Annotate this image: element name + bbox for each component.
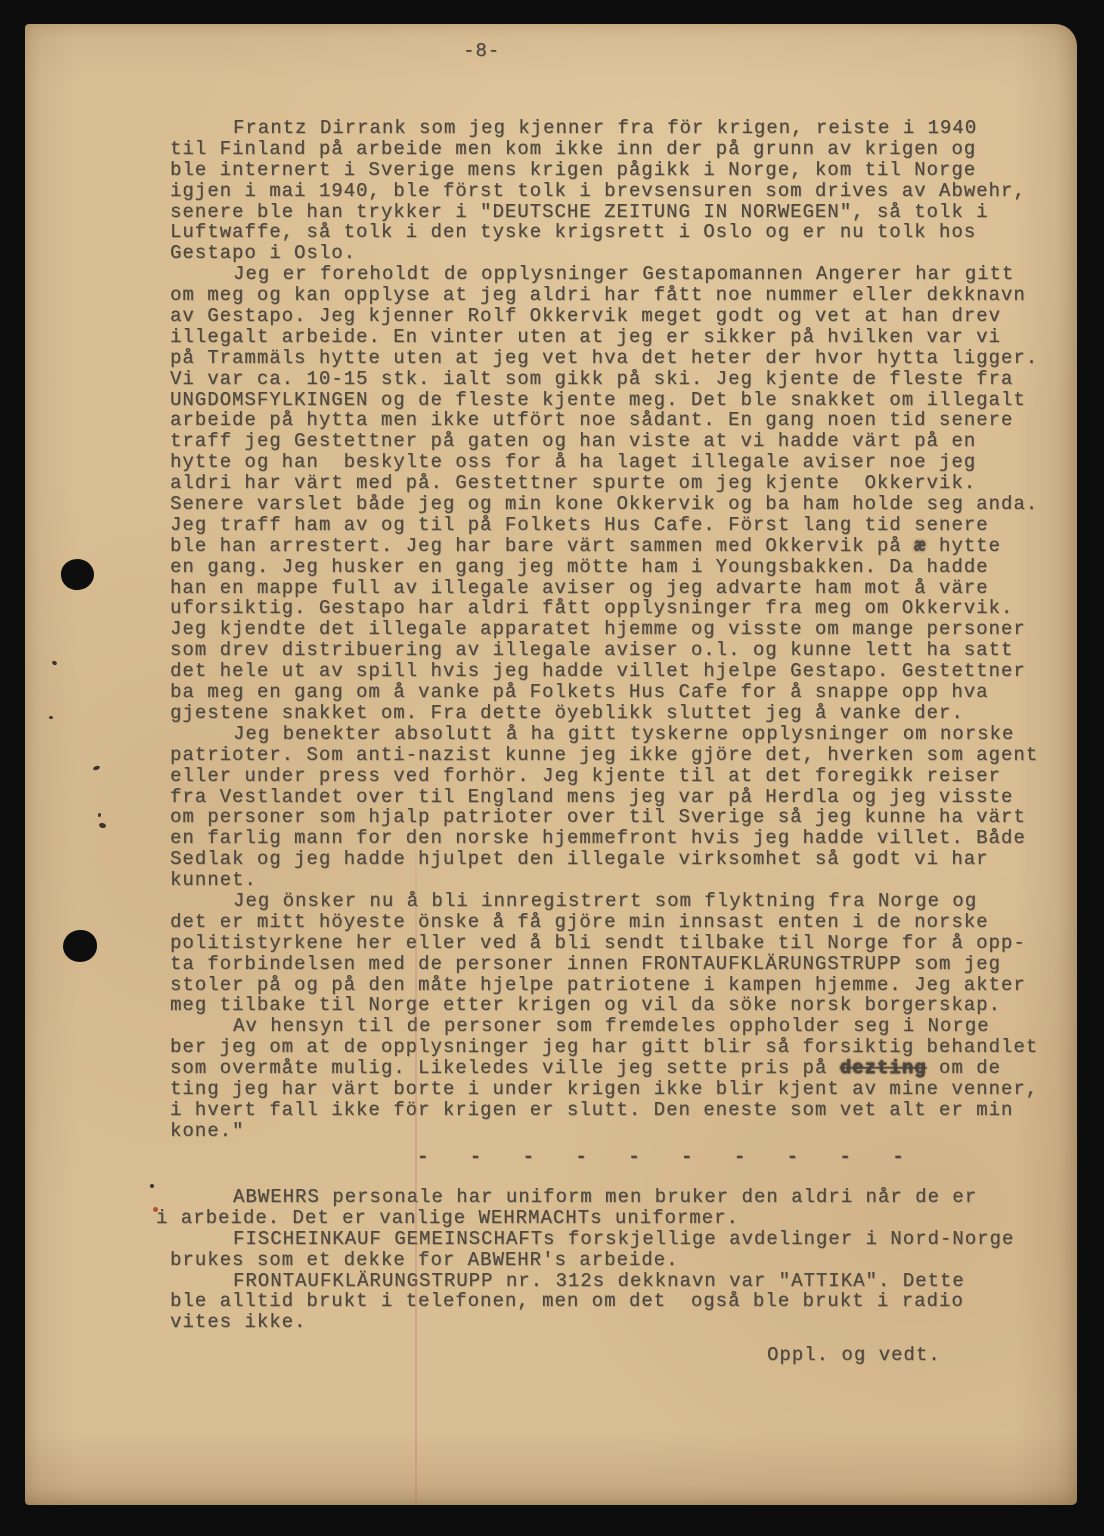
text-line: Luftwaffe, så tolk i den tyske krigsrett… <box>170 222 1038 243</box>
text-line: det hele ut av spill hvis jeg hadde vill… <box>170 661 1038 682</box>
hole-punch-bottom <box>63 930 97 962</box>
text-line: som overmåte mulig. Likeledes ville jeg … <box>170 1058 1038 1079</box>
notes-text: ABWEHRS personale har uniform men bruker… <box>170 1187 1014 1333</box>
text-line: i hvert fall ikke för krigen er slutt. D… <box>170 1100 1038 1121</box>
text-line: kunnet. <box>170 870 1038 891</box>
text-line: Jeg er foreholdt de opplysninger Gestapo… <box>170 264 1038 285</box>
text-line: illegalt arbeide. En vinter uten at jeg … <box>170 327 1038 348</box>
text-line: Gestapo i Oslo. <box>170 243 1038 264</box>
page-number: -8- <box>463 40 500 62</box>
text-line: det er mitt höyeste önske å få gjöre min… <box>170 912 1038 933</box>
text-line: om personer som hjalp patrioter over til… <box>170 807 1038 828</box>
text-line: fra Vestlandet over til England mens jeg… <box>170 787 1038 808</box>
text-line: i arbeide. Det er vanlige WEHRMACHTs uni… <box>156 1208 1014 1229</box>
scanned-document-view: { "page": { "number_label": "-8-", "sepa… <box>0 0 1104 1536</box>
text-line: ber jeg om at de opplysninger jeg har gi… <box>170 1037 1038 1058</box>
ink-speck <box>98 822 106 829</box>
ink-speck <box>93 765 101 771</box>
text-line: traff jeg Gestettner på gaten og han vis… <box>170 431 1038 452</box>
separator-dashes: - - - - - - - - - - <box>417 1146 906 1168</box>
overtyped-word: æ <box>914 535 926 557</box>
ink-speck <box>51 660 57 666</box>
text-line: uforsiktig. Gestapo har aldri fått opply… <box>170 598 1038 619</box>
text-line: Jeg benekter absolutt å ha gitt tyskerne… <box>170 724 1038 745</box>
text-line: senere ble han trykker i "DEUTSCHE ZEITU… <box>170 202 1038 223</box>
body-text: Frantz Dirrank som jeg kjenner fra för k… <box>170 118 1038 1142</box>
text-line: til Finland på arbeide men kom ikke inn … <box>170 139 1038 160</box>
text-line: av Gestapo. Jeg kjenner Rolf Okkervik me… <box>170 306 1038 327</box>
ink-speck <box>150 1184 154 1188</box>
text-line: Jeg traff ham av og til på Folkets Hus C… <box>170 515 1038 536</box>
text-line: arbeide på hytta men ikke utfört noe såd… <box>170 410 1038 431</box>
text-line: Jeg kjendte det illegale apparatet hjemm… <box>170 619 1038 640</box>
text-line: stoler på og på den måte hjelpe patriote… <box>170 975 1038 996</box>
text-line: om meg og kan opplyse at jeg aldri har f… <box>170 285 1038 306</box>
text-line: Av hensyn til de personer som fremdeles … <box>170 1016 1038 1037</box>
scanned-page: -8- Frantz Dirrank som jeg kjenner fra f… <box>25 24 1077 1505</box>
text-line: patrioter. Som anti-nazist kunne jeg ikk… <box>170 745 1038 766</box>
text-line: ba meg en gang om å vanke på Folkets Hus… <box>170 682 1038 703</box>
text-line: ble alltid brukt i telefonen, men om det… <box>170 1291 1014 1312</box>
text-line: ble internert i Sverige mens krigen pågi… <box>170 160 1038 181</box>
text-line: igjen i mai 1940, ble först tolk i brevs… <box>170 181 1038 202</box>
text-line: på Trammäls hytte uten at jeg vet hva de… <box>170 348 1038 369</box>
text-line: ble han arrestert. Jeg har bare värt sam… <box>170 536 1038 557</box>
text-line: vites ikke. <box>170 1312 1014 1333</box>
text-line: kone." <box>170 1121 1038 1142</box>
hole-punch-top <box>59 557 96 592</box>
text-line: en gang. Jeg husker en gang jeg mötte ha… <box>170 557 1038 578</box>
fold-crease-line <box>415 804 417 1505</box>
text-line: Jeg önsker nu å bli innregistrert som fl… <box>170 891 1038 912</box>
text-line: ta forbindelsen med de personer innen FR… <box>170 954 1038 975</box>
text-line: UNGDOMSFYLKINGEN og de fleste kjente meg… <box>170 390 1038 411</box>
text-line: eller under press ved forhör. Jeg kjente… <box>170 766 1038 787</box>
overtyped-word: dezting <box>840 1057 927 1079</box>
text-line: FRONTAUFKLÄRUNGSTRUPP nr. 312s dekknavn … <box>170 1271 1014 1292</box>
ink-speck <box>98 813 101 817</box>
text-line: gjestene snakket om. Fra dette öyeblikk … <box>170 703 1038 724</box>
text-line: politistyrkene her eller ved å bli sendt… <box>170 933 1038 954</box>
text-line: FISCHEINKAUF GEMEINSCHAFTs forskjellige … <box>170 1229 1014 1250</box>
text-line: en farlig mann for den norske hjemmefron… <box>170 828 1038 849</box>
text-line: han en mappe full av illegale aviser og … <box>170 578 1038 599</box>
text-line: ting jeg har värt borte i under krigen i… <box>170 1079 1038 1100</box>
text-line: meg tilbake til Norge etter krigen og vi… <box>170 995 1038 1016</box>
text-line: Frantz Dirrank som jeg kjenner fra för k… <box>170 118 1038 139</box>
text-line: Vi var ca. 10-15 stk. ialt som gikk på s… <box>170 369 1038 390</box>
text-line: aldri har värt med på. Gestettner spurte… <box>170 473 1038 494</box>
ink-speck-red <box>153 1207 158 1212</box>
text-line: Senere varslet både jeg og min kone Okke… <box>170 494 1038 515</box>
text-line: Sedlak og jeg hadde hjulpet den illegale… <box>170 849 1038 870</box>
signature-line: Oppl. og vedt. <box>767 1344 941 1366</box>
text-line: hytte og han beskylte oss for å ha laget… <box>170 452 1038 473</box>
text-line: ABWEHRS personale har uniform men bruker… <box>170 1187 1014 1208</box>
text-line: som drev distribuering av illegale avise… <box>170 640 1038 661</box>
text-line: brukes som et dekke for ABWEHR's arbeide… <box>170 1250 1014 1271</box>
ink-speck <box>49 716 53 719</box>
